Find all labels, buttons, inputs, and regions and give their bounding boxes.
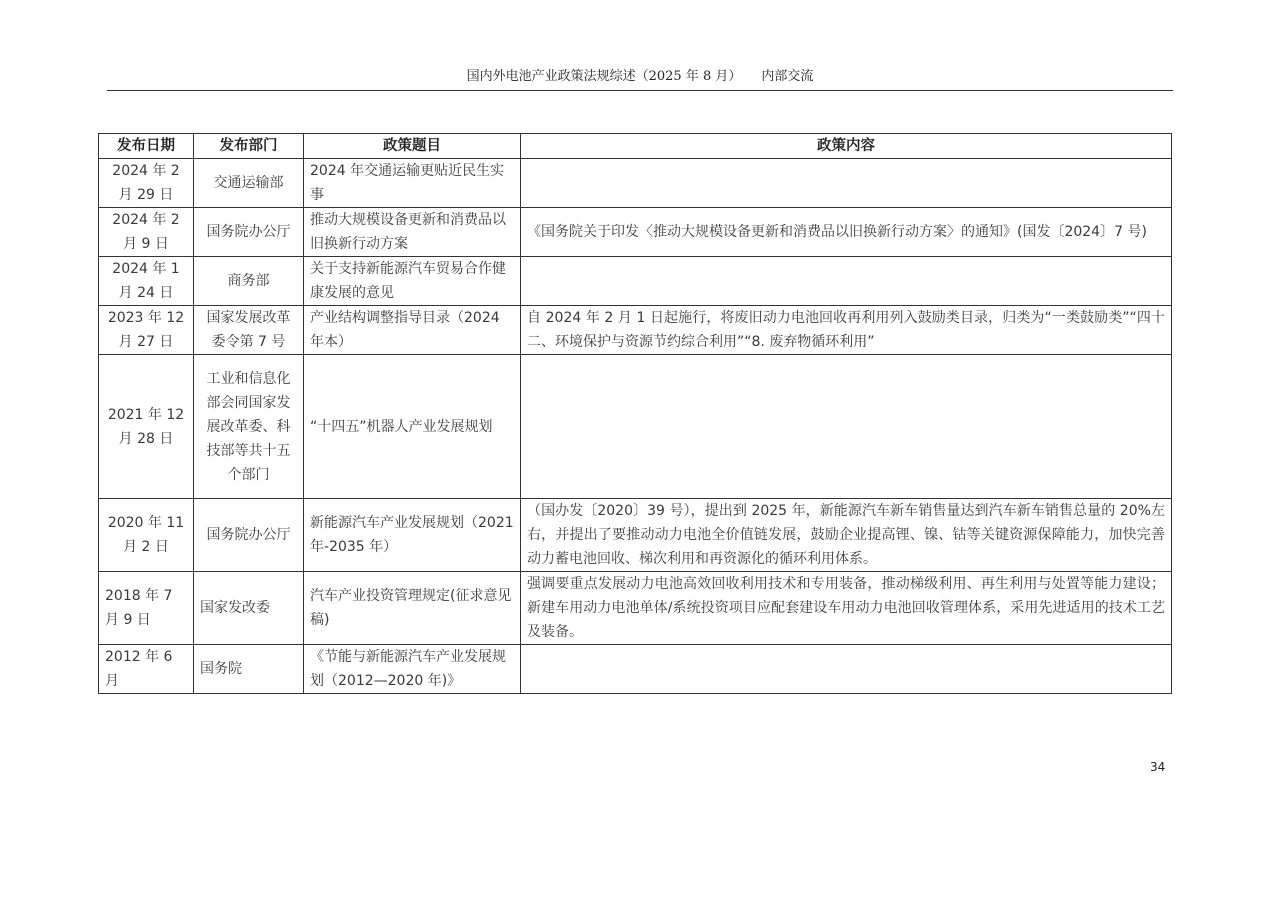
cell-policy-content: （国办发〔2020〕39 号），提出到 2025 年，新能源汽车新车销售量达到汽… xyxy=(521,499,1172,572)
cell-policy-content: 自 2024 年 2 月 1 日起施行，将废旧动力电池回收再利用列入鼓励类目录，… xyxy=(521,306,1172,355)
cell-policy-title: 汽车产业投资管理规定(征求意见稿) xyxy=(304,572,521,645)
cell-date: 2023 年 12 月 27 日 xyxy=(99,306,194,355)
cell-date: 2024 年 1 月 24 日 xyxy=(99,257,194,306)
cell-department: 商务部 xyxy=(194,257,304,306)
column-header-date: 发布日期 xyxy=(99,134,194,159)
cell-department: 国务院 xyxy=(194,645,304,694)
column-header-policy-content: 政策内容 xyxy=(521,134,1172,159)
cell-date: 2020 年 11 月 2 日 xyxy=(99,499,194,572)
cell-policy-content xyxy=(521,159,1172,208)
cell-date: 2018 年 7 月 9 日 xyxy=(99,572,194,645)
cell-policy-content xyxy=(521,645,1172,694)
document-title: 国内外电池产业政策法规综述（2025 年 8 月） xyxy=(467,69,742,84)
cell-date: 2021 年 12 月 28 日 xyxy=(99,355,194,499)
cell-department: 国家发展改革委令第 7 号 xyxy=(194,306,304,355)
cell-date: 2012 年 6 月 xyxy=(99,645,194,694)
cell-policy-title: 2024 年交通运输更贴近民生实事 xyxy=(304,159,521,208)
cell-department: 国家发改委 xyxy=(194,572,304,645)
table-row: 2023 年 12 月 27 日 国家发展改革委令第 7 号 产业结构调整指导目… xyxy=(99,306,1172,355)
table-row: 2024 年 1 月 24 日 商务部 关于支持新能源汽车贸易合作健康发展的意见 xyxy=(99,257,1172,306)
page-number: 34 xyxy=(1150,760,1165,774)
column-header-department: 发布部门 xyxy=(194,134,304,159)
cell-policy-content: 《国务院关于印发〈推动大规模设备更新和消费品以旧换新行动方案〉的通知》(国发〔2… xyxy=(521,208,1172,257)
table-row: 2018 年 7 月 9 日 国家发改委 汽车产业投资管理规定(征求意见稿) 强… xyxy=(99,572,1172,645)
cell-policy-title: 新能源汽车产业发展规划（2021 年-2035 年） xyxy=(304,499,521,572)
cell-policy-title: 关于支持新能源汽车贸易合作健康发展的意见 xyxy=(304,257,521,306)
cell-policy-title: 《节能与新能源汽车产业发展规划（2012—2020 年)》 xyxy=(304,645,521,694)
cell-department: 国务院办公厅 xyxy=(194,499,304,572)
cell-policy-title: “十四五”机器人产业发展规划 xyxy=(304,355,521,499)
table-row: 2020 年 11 月 2 日 国务院办公厅 新能源汽车产业发展规划（2021 … xyxy=(99,499,1172,572)
document-tag: 内部交流 xyxy=(761,69,813,84)
table-row: 2024 年 2 月 9 日 国务院办公厅 推动大规模设备更新和消费品以旧换新行… xyxy=(99,208,1172,257)
table-row: 2012 年 6 月 国务院 《节能与新能源汽车产业发展规划（2012—2020… xyxy=(99,645,1172,694)
table-row: 2021 年 12 月 28 日 工业和信息化部会同国家发展改革委、科技部等共十… xyxy=(99,355,1172,499)
cell-department: 交通运输部 xyxy=(194,159,304,208)
cell-policy-title: 产业结构调整指导目录（2024 年本） xyxy=(304,306,521,355)
cell-policy-content xyxy=(521,257,1172,306)
header-rule xyxy=(107,90,1173,91)
cell-department: 国务院办公厅 xyxy=(194,208,304,257)
cell-department: 工业和信息化部会同国家发展改革委、科技部等共十五个部门 xyxy=(194,355,304,499)
column-header-policy-title: 政策题目 xyxy=(304,134,521,159)
page-header: 国内外电池产业政策法规综述（2025 年 8 月）内部交流 xyxy=(107,66,1173,90)
cell-policy-content xyxy=(521,355,1172,499)
table-row: 2024 年 2 月 29 日 交通运输部 2024 年交通运输更贴近民生实事 xyxy=(99,159,1172,208)
cell-policy-content: 强调要重点发展动力电池高效回收利用技术和专用装备，推动梯级利用、再生利用与处置等… xyxy=(521,572,1172,645)
table-header-row: 发布日期 发布部门 政策题目 政策内容 xyxy=(99,134,1172,159)
policy-table: 发布日期 发布部门 政策题目 政策内容 2024 年 2 月 29 日 交通运输… xyxy=(98,133,1172,694)
cell-policy-title: 推动大规模设备更新和消费品以旧换新行动方案 xyxy=(304,208,521,257)
cell-date: 2024 年 2 月 9 日 xyxy=(99,208,194,257)
cell-date: 2024 年 2 月 29 日 xyxy=(99,159,194,208)
